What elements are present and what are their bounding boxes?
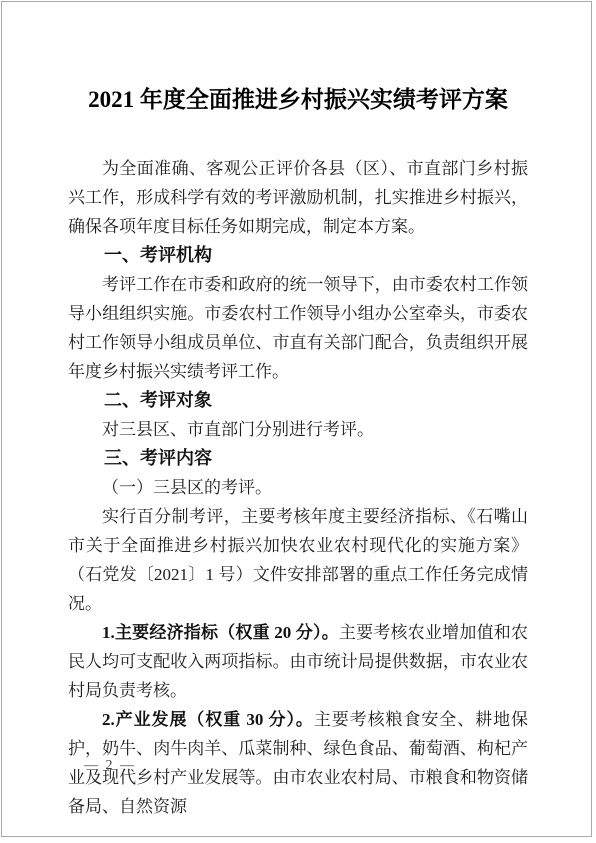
document-page: 2021 年度全面推进乡村振兴实绩考评方案 为全面准确、客观公正评价各县（区）、… xyxy=(68,0,528,821)
intro-paragraph: 为全面准确、客观公正评价各县（区）、市直部门乡村振兴工作，形成科学有效的考评激励… xyxy=(68,154,528,241)
page-number: — 2 — xyxy=(84,757,136,775)
section-2-heading: 二、考评对象 xyxy=(68,386,528,415)
weighted-item-2-lead: 2.产业发展（权重 30 分）。 xyxy=(102,710,314,729)
section-2-paragraph: 对三县区、市直部门分别进行考评。 xyxy=(68,415,528,444)
section-3-subheading: （一）三县区的考评。 xyxy=(68,473,528,502)
weighted-item-1-lead: 1.主要经济指标（权重 20 分）。 xyxy=(102,623,339,642)
weighted-item-1: 1.主要经济指标（权重 20 分）。主要考核农业增加值和农民人均可支配收入两项指… xyxy=(68,618,528,705)
section-1-heading: 一、考评机构 xyxy=(68,241,528,270)
section-1-paragraph: 考评工作在市委和政府的统一领导下，由市委农村工作领导小组组织实施。市委农村工作领… xyxy=(68,270,528,386)
document-title: 2021 年度全面推进乡村振兴实绩考评方案 xyxy=(68,84,528,116)
section-3-heading: 三、考评内容 xyxy=(68,444,528,473)
weighted-item-2: 2.产业发展（权重 30 分）。主要考核粮食安全、耕地保护，奶牛、肉牛肉羊、瓜菜… xyxy=(68,705,528,821)
document-body: 为全面准确、客观公正评价各县（区）、市直部门乡村振兴工作，形成科学有效的考评激励… xyxy=(68,154,528,821)
section-3-paragraph: 实行百分制考评，主要考核年度主要经济指标、《石嘴山市关于全面推进乡村振兴加快农业… xyxy=(68,502,528,618)
